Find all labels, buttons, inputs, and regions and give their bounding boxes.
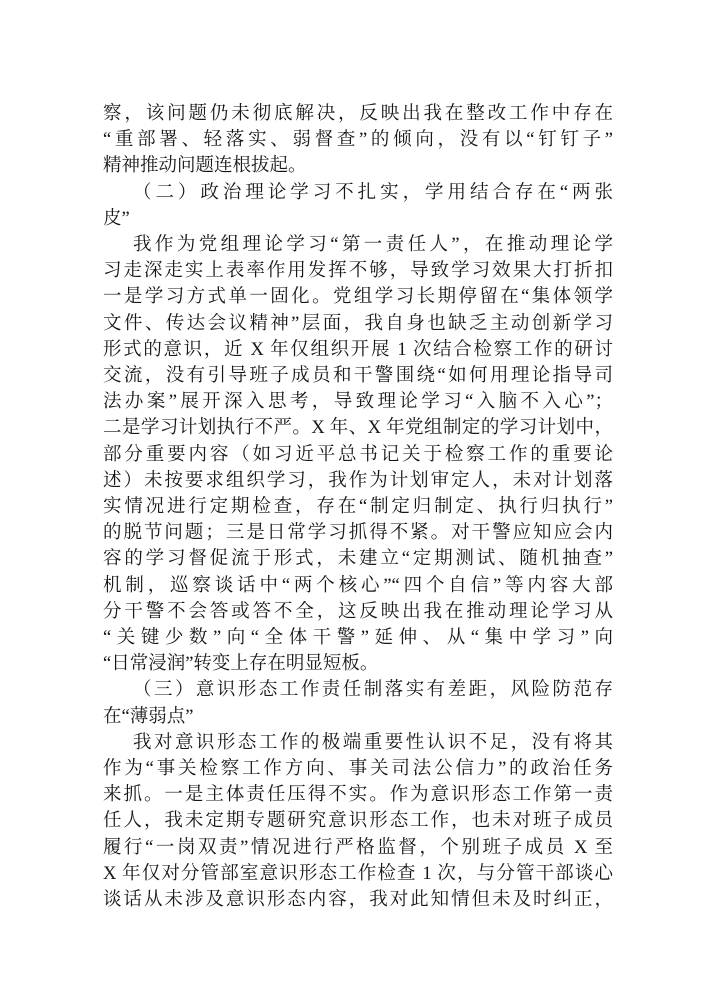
document-line-4: （二）政治理论学习不扎实，学用结合存在“两张 [103,180,613,206]
document-line-1: 察，该问题仍未彻底解决，反映出我在整改工作中存在 [103,101,613,127]
document-line-14: 部分重要内容（如习近平总书记关于检察工作的重要论 [103,442,613,468]
document-line-20: 分干警不会答或答不全，这反映出我在推动理论学习从 [103,599,613,625]
document-page: 察，该问题仍未彻底解决，反映出我在整改工作中存在“重部署、轻落实、弱督查”的倾向… [0,0,711,1006]
document-line-30: X 年仅对分管部室意识形态工作检查 1 次，与分管干部谈心 [103,861,613,887]
document-line-7: 习走深走实上表率作用发挥不够，导致学习效果大打折扣 [103,258,613,284]
document-line-24: 在“薄弱点” [103,704,613,730]
document-line-11: 交流，没有引导班子成员和干警围绕“如何用理论指导司 [103,363,613,389]
document-line-12: 法办案”展开深入思考，导致理论学习“入脑不入心”； [103,389,613,415]
document-line-18: 容的学习督促流于形式，未建立“定期测试、随机抽查” [103,546,613,572]
document-line-13: 二是学习计划执行不严。X 年、X 年党组制定的学习计划中， [103,415,613,441]
document-line-27: 来抓。一是主体责任压得不实。作为意识形态工作第一责 [103,782,613,808]
document-line-6: 我作为党组理论学习“第一责任人”，在推动理论学 [103,232,613,258]
document-text-block: 察，该问题仍未彻底解决，反映出我在整改工作中存在“重部署、轻落实、弱督查”的倾向… [103,101,613,913]
document-line-3: 精神推动问题连根拔起。 [103,153,613,179]
document-line-8: 一是学习方式单一固化。党组学习长期停留在“集体领学 [103,284,613,310]
document-line-22: “日常浸润”转变上存在明显短板。 [103,651,613,677]
document-line-10: 形式的意识，近 X 年仅组织开展 1 次结合检察工作的研讨 [103,337,613,363]
document-line-29: 履行“一岗双责”情况进行严格监督，个别班子成员 X 至 [103,835,613,861]
document-line-31: 谈话从未涉及意识形态内容，我对此知情但未及时纠正， [103,887,613,913]
document-line-25: 我对意识形态工作的极端重要性认识不足，没有将其 [103,730,613,756]
document-line-2: “重部署、轻落实、弱督查”的倾向，没有以“钉钉子” [103,127,613,153]
document-line-5: 皮” [103,206,613,232]
document-line-17: 的脱节问题；三是日常学习抓得不紧。对干警应知应会内 [103,520,613,546]
document-line-28: 任人，我未定期专题研究意识形态工作，也未对班子成员 [103,808,613,834]
document-line-19: 机制，巡察谈话中“两个核心”“四个自信”等内容大部 [103,573,613,599]
document-line-21: “关键少数”向“全体干警”延伸、从“集中学习”向 [103,625,613,651]
document-line-23: （三）意识形态工作责任制落实有差距，风险防范存 [103,677,613,703]
document-line-26: 作为“事关检察工作方向、事关司法公信力”的政治任务 [103,756,613,782]
document-line-15: 述）未按要求组织学习，我作为计划审定人，未对计划落 [103,468,613,494]
document-line-9: 文件、传达会议精神”层面，我自身也缺乏主动创新学习 [103,311,613,337]
document-line-16: 实情况进行定期检查，存在“制定归制定、执行归执行” [103,494,613,520]
